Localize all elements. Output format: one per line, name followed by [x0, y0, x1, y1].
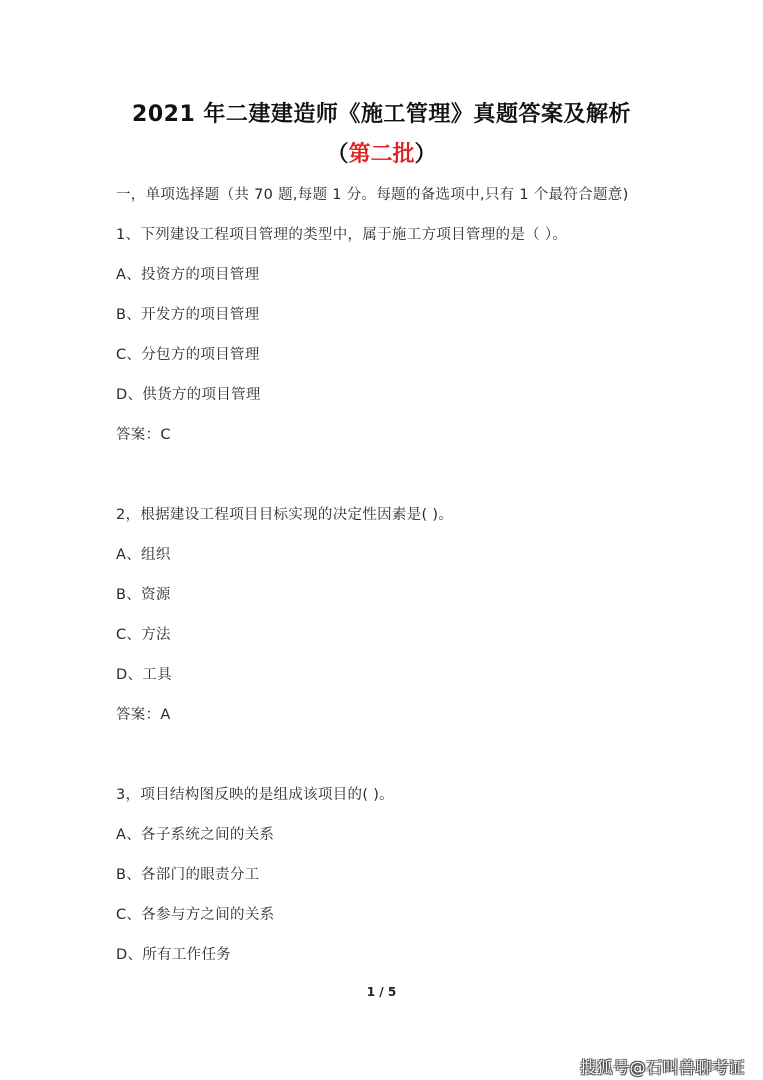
page-number: 1 / 5	[0, 985, 763, 999]
question-2-answer: 答案：A	[116, 703, 171, 724]
question-2-option-b: B、资源	[116, 583, 171, 604]
question-1-option-c: C、分包方的项目管理	[116, 343, 260, 364]
question-1-answer: 答案：C	[116, 423, 171, 444]
section-heading: 一，单项选择题（共 70 题,每题 1 分。每题的备选项中,只有 1 个最符合题…	[116, 183, 629, 204]
document-title: 2021 年二建建造师《施工管理》真题答案及解析	[0, 97, 763, 128]
question-2-stem: 2，根据建设工程项目目标实现的决定性因素是( )。	[116, 503, 453, 524]
question-2-option-a: A、组织	[116, 543, 171, 564]
question-1-option-d: D、供货方的项目管理	[116, 383, 261, 404]
question-3-option-a: A、各子系统之间的关系	[116, 823, 274, 844]
question-3-option-c: C、各参与方之间的关系	[116, 903, 274, 924]
question-2-option-c: C、方法	[116, 623, 171, 644]
document-subtitle: （第二批）	[0, 137, 763, 168]
question-1-option-a: A、投资方的项目管理	[116, 263, 259, 284]
question-1-stem: 1、下列建设工程项目管理的类型中，属于施工方项目管理的是（ ）。	[116, 223, 567, 244]
subtitle-open-paren: （	[326, 142, 348, 167]
watermark: 搜狐号@石叫兽聊考证	[580, 1055, 745, 1078]
question-3-stem: 3，项目结构图反映的是组成该项目的( )。	[116, 783, 394, 804]
document-page: 2021 年二建建造师《施工管理》真题答案及解析 （第二批） 一，单项选择题（共…	[0, 0, 763, 1080]
subtitle-close-paren: ）	[415, 142, 437, 167]
question-1-option-b: B、开发方的项目管理	[116, 303, 259, 324]
question-3-option-d: D、所有工作任务	[116, 943, 231, 964]
question-2-option-d: D、工具	[116, 663, 172, 684]
subtitle-batch-label: 第二批	[348, 142, 414, 167]
question-3-option-b: B、各部门的眼责分工	[116, 863, 259, 884]
